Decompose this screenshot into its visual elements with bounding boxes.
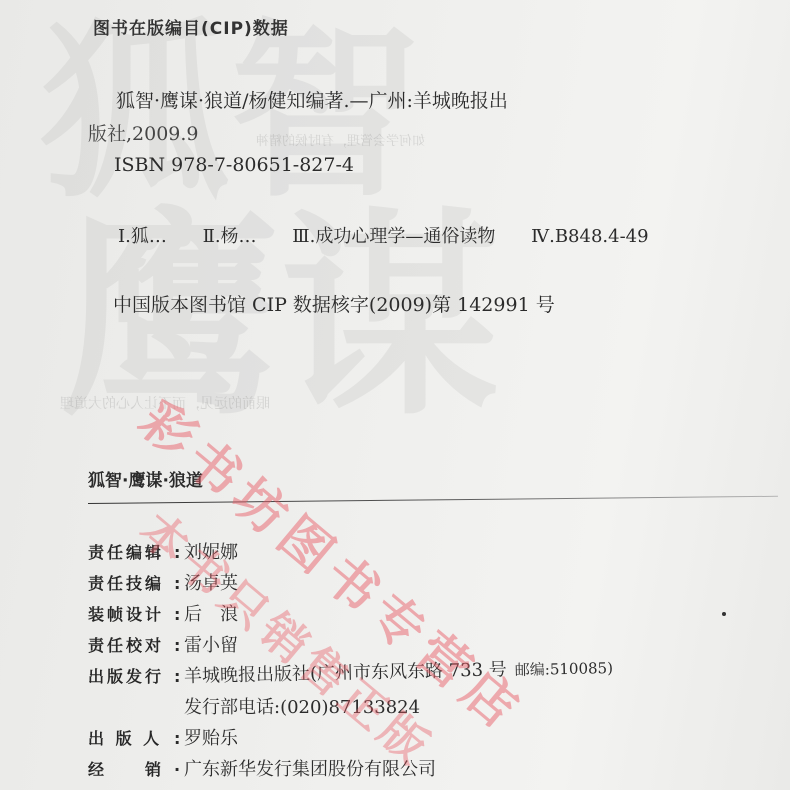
credit-row-publisher-person: 出 版 人 : 罗贻乐 <box>88 724 613 755</box>
credit-label: 出 版 人 <box>88 726 174 749</box>
credits-block: 责任编辑 : 刘妮娜 责任技编 : 汤卓英 装帧设计 : 后 浪 责任校对 : … <box>88 538 613 786</box>
credit-label: 责任校对 <box>88 633 174 656</box>
showthrough-text-lower: 眼前的远见，而不让人心的大道理 <box>60 393 270 413</box>
credit-value: 罗贻乐 <box>184 724 238 750</box>
credit-row-distributor: 经 销 · 广东新华发行集团股份有限公司 <box>88 755 613 786</box>
credit-colon: : <box>174 543 184 562</box>
credit-value: 雷小留 <box>184 631 238 657</box>
classification-2: Ⅱ.杨… <box>203 226 257 247</box>
book-title: 狐智·鹰谋·狼道 <box>88 466 203 491</box>
credit-value: 汤卓英 <box>184 569 238 595</box>
credit-row-editor: 责任编辑 : 刘妮娜 <box>88 538 613 569</box>
print-speck <box>722 612 726 616</box>
credit-label: 责任技编 <box>88 571 174 594</box>
credit-value: 刘妮娜 <box>184 538 238 564</box>
cip-isbn: ISBN 978-7-80651-827-4 <box>114 154 354 176</box>
credit-label: 装帧设计 <box>88 602 174 625</box>
credit-colon: : <box>174 574 184 593</box>
credit-colon: : <box>174 729 184 748</box>
credit-colon: : <box>174 667 184 686</box>
cip-publisher-line: 版社,2009.9 <box>88 119 199 146</box>
credit-value: 后 浪 <box>184 600 238 626</box>
classification-1: Ⅰ.狐… <box>118 226 167 247</box>
credit-label: 责任编辑 <box>88 540 174 563</box>
classification-3: Ⅲ.成功心理学—通俗读物 <box>292 226 495 247</box>
classification-4: Ⅳ.B848.4-49 <box>531 226 648 247</box>
copyright-page: 狐智 鹰谋 如何学会管理，有时候的精神 眼前的远见，而不让人心的大道理 图书在版… <box>0 0 790 790</box>
cip-heading: 图书在版编目(CIP)数据 <box>93 14 289 39</box>
credit-label: 经 销 <box>88 757 174 780</box>
cip-approval-number: 中国版本图书馆 CIP 数据核字(2009)第 142991 号 <box>113 290 555 317</box>
credit-row-publisher: 出版发行 : 羊城晚报出版社(广州市东风东路 733 号邮编:510085) <box>88 662 613 693</box>
credit-colon: : <box>174 636 184 655</box>
credit-row-design: 装帧设计 : 后 浪 <box>88 600 613 631</box>
credit-colon: : <box>174 605 184 624</box>
credit-label: 出版发行 <box>88 664 174 687</box>
credit-value: 广东新华发行集团股份有限公司 <box>184 755 436 781</box>
divider-rule <box>88 496 778 504</box>
credit-colon: · <box>174 760 184 779</box>
credit-row-tech-editor: 责任技编 : 汤卓英 <box>88 569 613 600</box>
postal-code: 邮编:510085) <box>515 659 614 679</box>
publisher-address: 羊城晚报出版社(广州市东风东路 733 号 <box>184 659 507 687</box>
credit-row-phone: 发行部电话:(020)87133824 <box>88 693 613 724</box>
cip-title-line: 狐智·鹰谋·狼道/杨健知编著.—广州:羊城晚报出 <box>116 86 508 113</box>
showthrough-text-upper: 如何学会管理，有时候的精神 <box>256 130 425 149</box>
distribution-phone: 发行部电话:(020)87133824 <box>184 693 420 719</box>
cip-classification: Ⅰ.狐… Ⅱ.杨… Ⅲ.成功心理学—通俗读物 Ⅳ.B848.4-49 <box>118 222 679 248</box>
